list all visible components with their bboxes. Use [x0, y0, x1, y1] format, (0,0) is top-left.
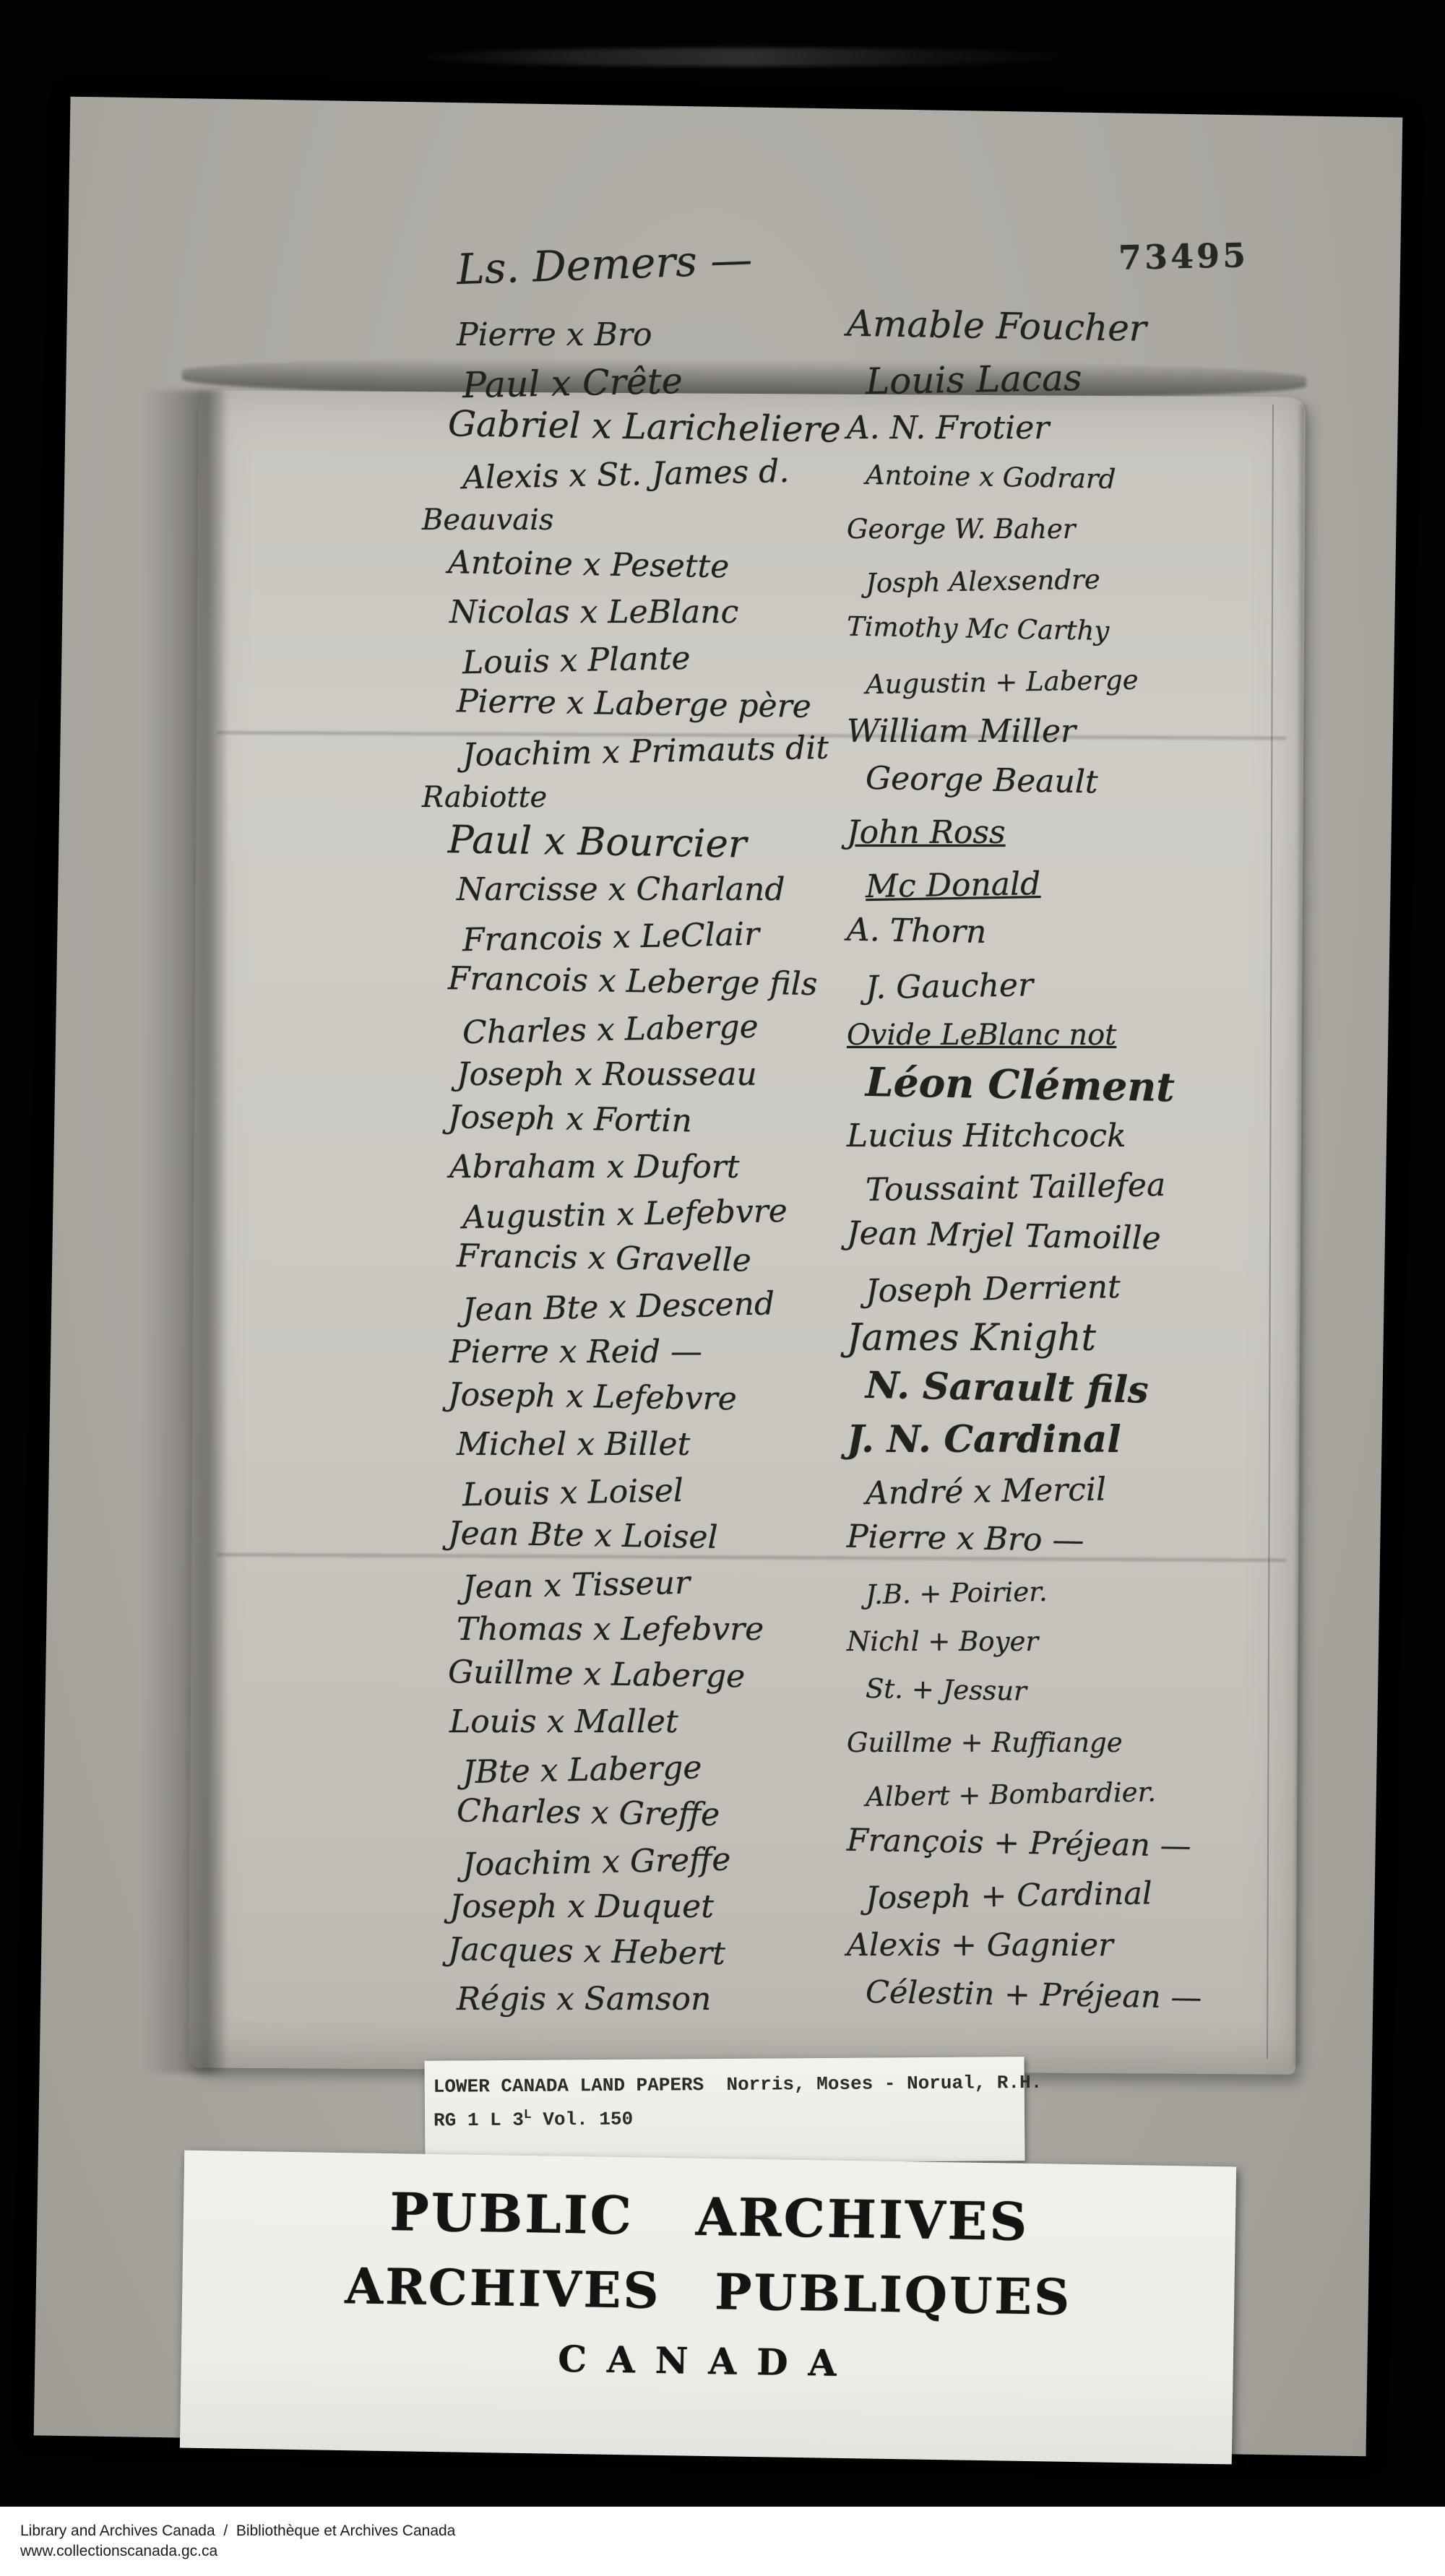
signature-line: John Ross — [847, 808, 1295, 858]
signature-line: Joachim x Greffe — [462, 1833, 897, 1889]
signature-line: Augustin x Lefebvre — [462, 1186, 897, 1242]
signature-line: Pierre x Bro — [457, 312, 897, 358]
label-line-1: LOWER CANADA LAND PAPERS Norris, Moses -… — [433, 2068, 1025, 2101]
footer-credit: Library and Archives Canada / Bibliothèq… — [20, 2523, 455, 2540]
signature-line: Charles x Greffe — [457, 1788, 898, 1841]
signature-line: Jacques x Hebert — [448, 1927, 898, 1980]
signature-line: Louis x Plante — [462, 631, 897, 687]
signature-line: A. N. Frotier — [847, 403, 1295, 454]
signature-line: Louis x Mallet — [449, 1699, 897, 1745]
film-streak — [405, 48, 1091, 66]
signature-line: Alexis x St. James d. — [462, 446, 897, 502]
footer-url: www.collectionscanada.gc.ca — [20, 2543, 217, 2560]
signature-line: Joseph + Cardinal — [865, 1866, 1295, 1924]
signature-line: Charles x Laberge — [462, 1001, 897, 1057]
signature-line: Antoine x Godrard — [865, 450, 1295, 508]
signature-line: Amable Foucher — [846, 298, 1295, 357]
signature-line: Narcisse x Charland — [457, 867, 897, 913]
archive-label: LOWER CANADA LAND PAPERS Norris, Moses -… — [425, 2057, 1025, 2165]
signature-line: Albert + Bombardier. — [865, 1765, 1295, 1823]
signature-line: William Miller — [847, 706, 1295, 757]
signature-line: Régis x Samson — [457, 1976, 897, 2023]
stamp-line-3: CANADA — [181, 2332, 1233, 2391]
label-reference: RG 1 L 3 — [433, 2109, 524, 2132]
signature-line: Thomas x Lefebvre — [457, 1607, 897, 1653]
signature-line: Jean Bte x Descend — [462, 1279, 897, 1334]
signature-line: Gabriel x Laricheliere — [448, 401, 898, 454]
signature-line: Francis x Gravelle — [457, 1233, 898, 1287]
signature-line: Rabiotte — [422, 774, 897, 821]
page-title: Ls. Demers — — [456, 235, 753, 294]
signature-line: George Beault — [865, 753, 1295, 811]
signature-line: Guillme x Laberge — [448, 1649, 898, 1703]
public-archives-stamp: PUBLIC ARCHIVES ARCHIVES PUBLIQUES CANAD… — [180, 2151, 1236, 2465]
signature-line: George W. Baher — [847, 504, 1295, 555]
signature-line: Joseph x Rousseau — [457, 1052, 897, 1098]
stamp-number: 73495 — [1118, 235, 1248, 277]
signature-line: N. Sarault fils — [865, 1360, 1295, 1418]
signatures-left-column: Pierre x BroPaul x CrêteGabriel x Larich… — [449, 312, 897, 2023]
signature-line: François + Préjean — — [846, 1815, 1295, 1874]
signature-line: Josph Alexsendre — [865, 551, 1295, 609]
signature-line: Pierre x Bro — — [846, 1512, 1295, 1570]
signature-line: A. Thorn — [846, 905, 1295, 964]
signature-line: Joseph Derrient — [865, 1259, 1295, 1317]
signature-line: Augustin + Laberge — [865, 652, 1295, 710]
signature-line: Célestin + Préjean — — [865, 1967, 1295, 2025]
signature-line: Jean Bte x Loisel — [448, 1510, 898, 1564]
signature-line: André x Mercil — [865, 1461, 1295, 1519]
signature-line: JBte x Laberge — [462, 1741, 897, 1797]
signature-line: Michel x Billet — [457, 1422, 897, 1468]
signature-line: Joseph x Lefebvre — [448, 1372, 898, 1425]
signature-line: Louis x Loisel — [462, 1464, 897, 1519]
signature-line: Joachim x Primauts dit — [462, 724, 897, 779]
signature-line: Francois x LeClair — [462, 909, 897, 964]
signature-line: Beauvais — [422, 497, 897, 543]
label-volume: Vol. 150 — [532, 2109, 634, 2131]
signature-line: Timothy Mc Carthy — [846, 602, 1295, 660]
footer-band: Library and Archives Canada / Bibliothèq… — [0, 2507, 1445, 2576]
signature-line: J. Gaucher — [865, 956, 1295, 1013]
signature-line: James Knight — [847, 1313, 1295, 1364]
signature-line: Joseph x Duquet — [449, 1884, 897, 1930]
signature-line: Francois x Leberge fils — [448, 956, 898, 1009]
stamp-line-2: ARCHIVES PUBLIQUES — [182, 2255, 1235, 2330]
spine-shadow — [142, 390, 225, 2073]
stamp-line-1: PUBLIC ARCHIVES — [183, 2178, 1235, 2256]
signature-line: Ovide LeBlanc not — [847, 1010, 1295, 1060]
signature-line: Paul x Bourcier — [448, 817, 898, 870]
signature-line: Paul x Crête — [462, 354, 897, 410]
signature-line: Louis Lacas — [865, 349, 1295, 407]
signature-line: Jean x Tisseur — [462, 1556, 897, 1612]
signature-line: Jean Mrjel Tamoille — [846, 1209, 1295, 1267]
signature-line: Léon Clément — [865, 1057, 1295, 1115]
signature-line: Pierre x Reid — — [449, 1329, 897, 1375]
signature-line: Lucius Hitchcock — [847, 1111, 1295, 1162]
signature-line: Mc Donald — [865, 855, 1295, 912]
signature-line: Antoine x Pesette — [448, 540, 898, 593]
signature-line: Alexis + Gagnier — [847, 1920, 1295, 1971]
label-line-2: RG 1 L 3L Vol. 150 — [433, 2097, 1025, 2135]
signature-line: Joseph x Fortin — [448, 1094, 898, 1148]
signature-line: Abraham x Dufort — [449, 1144, 897, 1190]
signature-line: Toussaint Taillefea — [865, 1158, 1295, 1216]
signature-line: J.B. + Poirier. — [865, 1563, 1295, 1620]
signature-line: Pierre x Laberge père — [457, 678, 898, 732]
signatures-right-column: Amable FoucherLouis LacasA. N. FrotierAn… — [847, 302, 1295, 2021]
signature-line: Nichl + Boyer — [847, 1617, 1295, 1667]
signature-line: Guillme + Ruffiange — [847, 1718, 1295, 1768]
label-reference-sup: L — [524, 2108, 532, 2122]
signature-line: Nicolas x LeBlanc — [449, 589, 897, 636]
signature-line: J. N. Cardinal — [847, 1414, 1295, 1465]
signature-line: St. + Jessur — [865, 1664, 1295, 1721]
